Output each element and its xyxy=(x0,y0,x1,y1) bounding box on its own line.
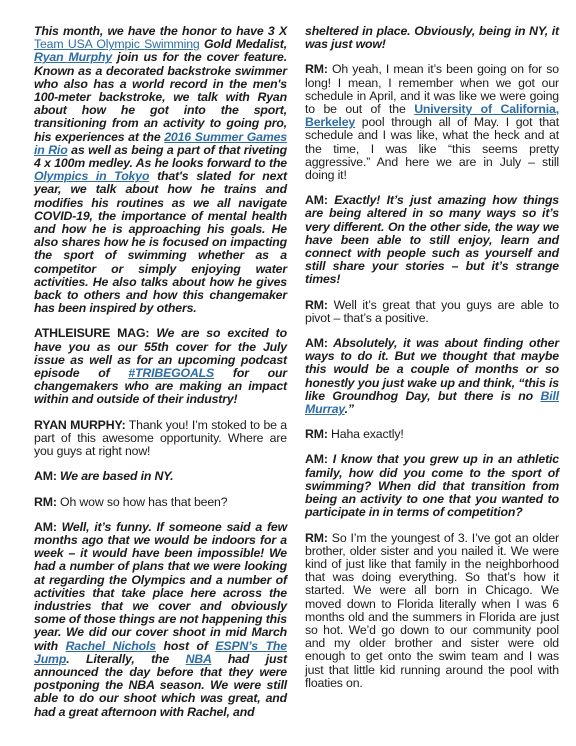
speaker-label: AM: xyxy=(305,452,328,466)
left-column: This month, we have the honor to have 3 … xyxy=(34,25,287,731)
interview-question-5: AM: Absolutely, it was about finding oth… xyxy=(305,337,559,416)
link-nba[interactable]: NBA xyxy=(186,652,212,666)
interview-answer-1: RYAN MURPHY: Thank you! I’m stoked to be… xyxy=(34,419,287,459)
interview-answer-2: RM: Oh wow so how has that been? xyxy=(34,496,287,509)
interview-question-6: AM: I know that you grew up in an athlet… xyxy=(305,453,559,519)
speaker-label: RM: xyxy=(305,298,328,312)
speaker-label: RM: xyxy=(305,427,328,441)
interview-question-3: AM: Well, it’s funny. If someone said a … xyxy=(34,521,287,719)
right-column: sheltered in place. Obviously, being in … xyxy=(305,25,559,702)
link-rachel-nichols[interactable]: Rachel Nichols xyxy=(66,639,156,653)
interview-question-2: AM: We are based in NY. xyxy=(34,470,287,483)
interview-answer-5: RM: Haha exactly! xyxy=(305,428,559,441)
interview-answer-6: RM: So I’m the youngest of 3. I’ve got a… xyxy=(305,532,559,690)
link-tribegoals[interactable]: #TRIBEGOALS xyxy=(128,366,214,380)
link-olympics-tokyo[interactable]: Olympics in Tokyo xyxy=(34,169,149,183)
interview-answer-4: RM: Well it’s great that you guys are ab… xyxy=(305,299,559,325)
speaker-label: AM: xyxy=(34,520,57,534)
speaker-label: AM: xyxy=(305,193,328,207)
interview-question-1: ATHLEISURE MAG: We are so excited to hav… xyxy=(34,327,287,406)
interview-answer-3: RM: Oh yeah, I mean it’s been going on f… xyxy=(305,63,559,182)
intro-paragraph: This month, we have the honor to have 3 … xyxy=(34,25,287,315)
speaker-label: RYAN MURPHY: xyxy=(34,418,126,432)
speaker-label: ATHLEISURE MAG: xyxy=(34,326,149,340)
speaker-label: RM: xyxy=(305,62,328,76)
speaker-label: AM: xyxy=(34,469,57,483)
link-ryan-murphy[interactable]: Ryan Murphy xyxy=(34,50,112,64)
magazine-page: This month, we have the honor to have 3 … xyxy=(0,0,576,746)
interview-question-3-continued: sheltered in place. Obviously, being in … xyxy=(305,25,559,51)
speaker-label: AM: xyxy=(305,336,328,350)
link-team-usa-olympic-swimming[interactable]: Team USA Olympic Swimming xyxy=(34,37,200,51)
speaker-label: RM: xyxy=(305,531,328,545)
speaker-label: RM: xyxy=(34,495,57,509)
interview-question-4: AM: Exactly! It’s just amazing how thing… xyxy=(305,194,559,286)
